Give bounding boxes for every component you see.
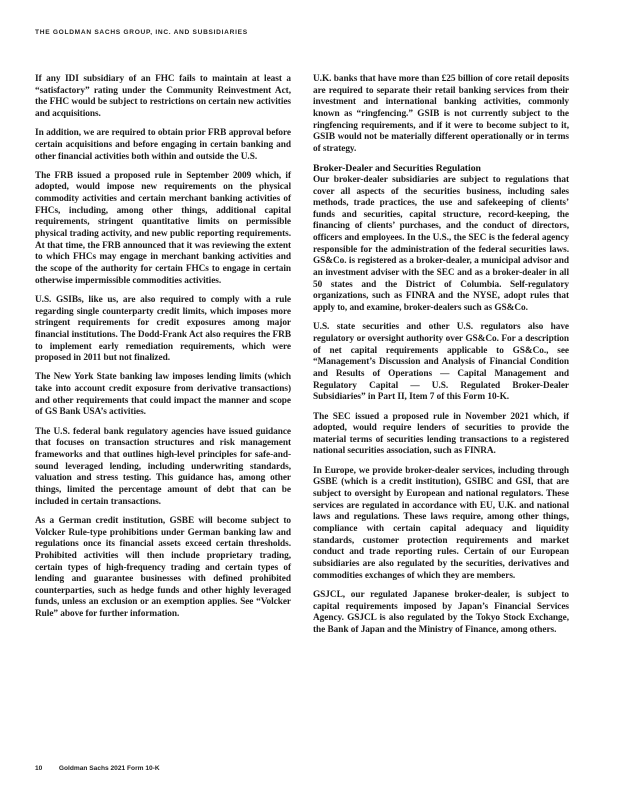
paragraph-net-capital: U.S. state securities and other U.S. reg… [313,322,569,404]
paragraph-japan: GSJCL, our regulated Japanese broker-dea… [313,590,569,637]
paragraph-broker-dealer-regulation: Our broker-dealer subsidiaries are subje… [313,175,569,315]
right-column: U.K. banks that have more than £25 billi… [313,74,569,644]
paragraph-gsib-credit-limits: U.S. GSIBs, like us, are also required t… [35,295,291,365]
section-heading-broker-dealer: Broker-Dealer and Securities Regulation [313,163,569,175]
left-column: If any IDI subsidiary of an FHC fails to… [35,74,291,628]
publication-title: Goldman Sachs 2021 Form 10-K [59,765,160,772]
paragraph-sec-securities-lending: The SEC issued a proposed rule in Novemb… [313,412,569,459]
paragraph-ringfencing: U.K. banks that have more than £25 billi… [313,74,569,156]
paragraph-cra: If any IDI subsidiary of an FHC fails to… [35,74,291,121]
running-header: The Goldman Sachs Group, Inc. and Subsid… [35,29,248,36]
page-number: 10 [35,765,57,772]
paragraph-ny-banking-law: The New York State banking law imposes l… [35,372,291,419]
paragraph-frb-approval: In addition, we are required to obtain p… [35,128,291,163]
paragraph-leveraged-lending: The U.S. federal bank regulatory agencie… [35,427,291,509]
page-footer: 10 Goldman Sachs 2021 Form 10-K [35,765,160,772]
paragraph-frb-proposed-rule: The FRB issued a proposed rule in Septem… [35,171,291,288]
paragraph-europe: In Europe, we provide broker-dealer serv… [313,466,569,583]
paragraph-gsbe-volcker: As a German credit institution, GSBE wil… [35,516,291,621]
